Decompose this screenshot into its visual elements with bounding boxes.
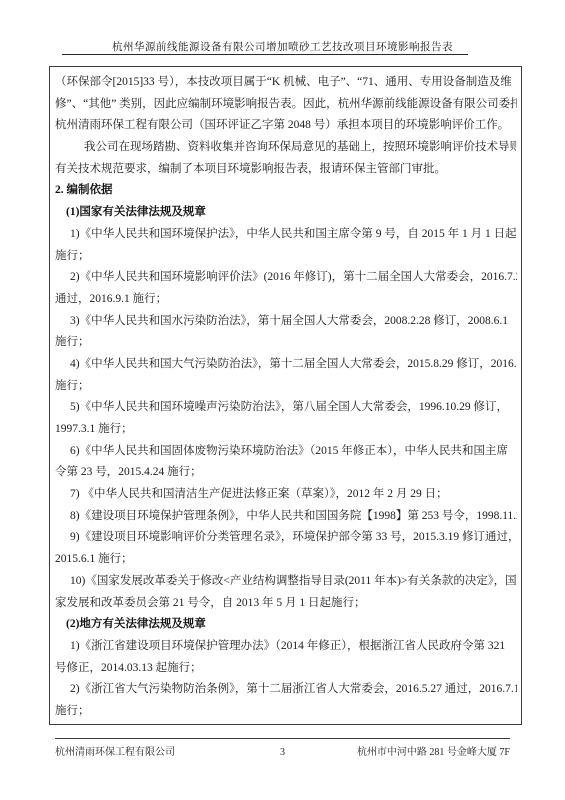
text-line: 3)《中华人民共和国水污染防治法》，第十届全国人大常委会，2008.2.28 修…	[55, 311, 517, 333]
text-line: 1)《浙江省建设项目环境保护管理办法》（2014 年修正），根据浙江省人民政府令…	[55, 636, 517, 658]
text-line: 9)《建设项目环境影响评价分类管理名录》，环境保护部令第 33 号，2015.3…	[55, 527, 517, 549]
text-line: 2)《中华人民共和国环境影响评价法》(2016 年修订)，第十二届全国人大常委会…	[55, 267, 517, 289]
text-line: 修”、“其他” 类别，因此应编制环境影响报告表。因此，杭州华源前线能源设备有限公…	[55, 94, 517, 116]
footer-address: 杭州市中河中路 281 号金峰大厦 7F	[293, 743, 510, 758]
text-line: 1)《中华人民共和国环境保护法》，中华人民共和国主席令第 9 号，自 2015 …	[55, 224, 517, 246]
report-content-box: （环保部令[2015]33 号），本技改项目属于“K 机械、电子”、“71、通用…	[49, 66, 522, 725]
footer-company-name: 杭州清雨环保工程有限公司	[55, 743, 272, 758]
footer-page-number: 3	[272, 747, 293, 758]
text-line: 施行；	[55, 246, 517, 268]
page-footer: 杭州清雨环保工程有限公司 3 杭州市中河中路 281 号金峰大厦 7F	[55, 738, 510, 758]
text-line: 4)《中华人民共和国大气污染防治法》，第十二届全国人大常委会，2015.8.29…	[55, 354, 517, 376]
text-line: 2. 编制依据	[55, 180, 517, 202]
text-line: 1997.3.1 施行；	[55, 419, 517, 441]
body-text: （环保部令[2015]33 号），本技改项目属于“K 机械、电子”、“71、通用…	[50, 67, 521, 723]
text-line: 号修正，2014.03.13 起施行；	[55, 658, 517, 680]
text-line: 杭州清雨环保工程有限公司（国环评证乙字第 2048 号）承担本项目的环境影响评价…	[55, 115, 517, 137]
text-line: 5)《中华人民共和国环境噪声污染防治法》，第八届全国人大常委会，1996.10.…	[55, 397, 517, 419]
document-header-title: 杭州华源前线能源设备有限公司增加喷砂工艺技改项目环境影响报告表	[0, 39, 565, 54]
text-line: 2015.6.1 施行；	[55, 549, 517, 571]
text-line: 通过，2016.9.1 施行；	[55, 289, 517, 311]
text-line: 施行；	[55, 376, 517, 398]
report-page: 杭州华源前线能源设备有限公司增加喷砂工艺技改项目环境影响报告表 （环保部令[20…	[0, 0, 565, 800]
text-line: （环保部令[2015]33 号），本技改项目属于“K 机械、电子”、“71、通用…	[55, 72, 517, 94]
text-line: 2)《浙江省大气污染物防治条例》，第十二届浙江省人大常委会，2016.5.27 …	[55, 679, 517, 701]
text-line: 家发展和改革委员会第 21 号令，自 2013 年 5 月 1 日起施行；	[55, 593, 517, 615]
text-line: 令第 23 号，2015.4.24 施行；	[55, 462, 517, 484]
text-line: 8)《建设项目环境保护管理条例》，中华人民共和国国务院【1998】第 253 号…	[55, 506, 517, 528]
text-line: 施行；	[55, 701, 517, 723]
text-line: 7) 《中华人民共和国清洁生产促进法修正案（草案）》，2012 年 2 月 29…	[55, 484, 517, 506]
text-line: (1)国家有关法律法规及规章	[55, 202, 517, 224]
text-line: (2)地方有关法律法规及规章	[55, 614, 517, 636]
text-line: 10)《国家发展改革委关于修改<产业结构调整指导目录(2011 年本)>有关条款…	[55, 571, 517, 593]
text-line: 施行；	[55, 332, 517, 354]
text-line: 有关技术规范要求，编制了本项目环境影响报告表，报请环保主管部门审批。	[55, 159, 517, 181]
header-divider	[62, 54, 468, 55]
text-line: 我公司在现场踏勘、资料收集并咨询环保局意见的基础上，按照环境影响评价技术导则等	[55, 137, 517, 159]
text-line: 6)《中华人民共和国固体废物污染环境防治法》（2015 年修正本），中华人民共和…	[55, 441, 517, 463]
